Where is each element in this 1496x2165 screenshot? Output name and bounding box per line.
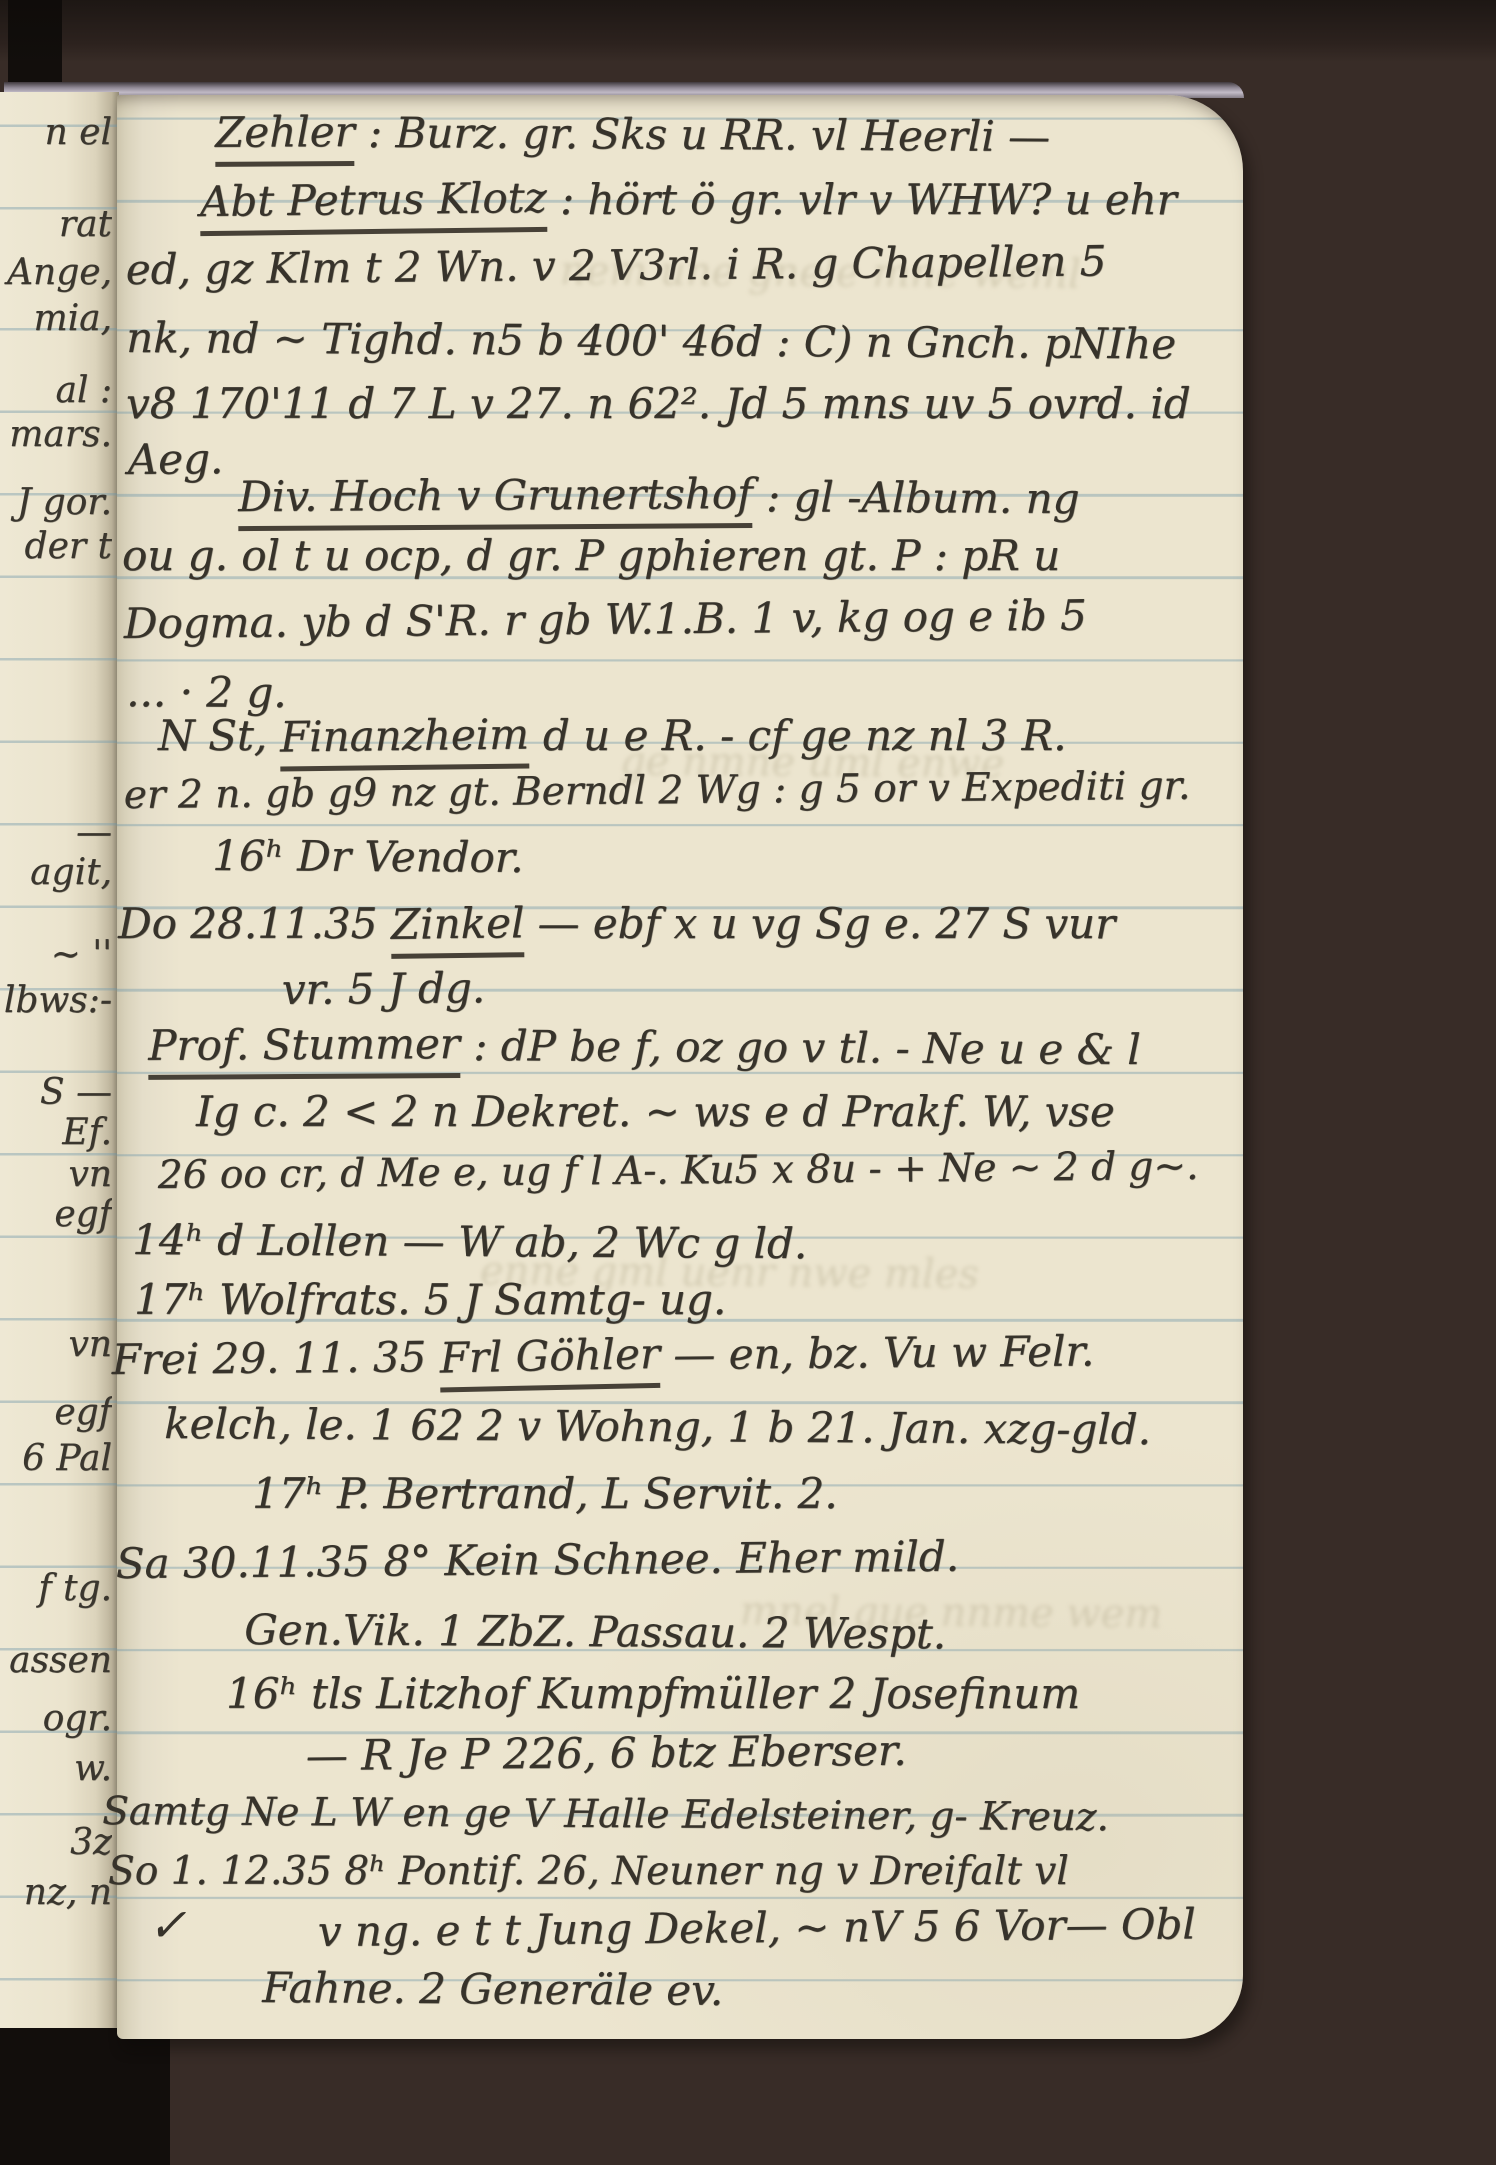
handwriting-line: nk, nd ~ Tighd. n5 b 400' 46d : C) n Gnc… bbox=[126, 314, 1176, 369]
strip-fragment: assen bbox=[0, 1640, 112, 1681]
handwriting-line: er 2 n. gb g9 nz gt. Berndl 2 Wg : g 5 o… bbox=[124, 765, 1191, 819]
underlined-name: Div. Hoch v Grunertshof bbox=[238, 470, 753, 531]
strip-fragment: egf bbox=[0, 1194, 112, 1235]
handwriting-line: ed, gz Klm t 2 Wn. v 2 V3rl. i R. g Chap… bbox=[126, 237, 1107, 294]
strip-fragment: w. bbox=[0, 1748, 112, 1789]
strip-fragment: rat bbox=[0, 204, 112, 245]
strip-fragment: vn bbox=[0, 1324, 112, 1365]
handwriting-line: Fahne. 2 Generäle ev. bbox=[262, 1964, 723, 2015]
line-text: ... · 2 g. bbox=[126, 667, 287, 717]
handwriting-line: Abt Petrus Klotz : hört ö gr. vlr v WHW?… bbox=[200, 176, 1177, 234]
strip-fragment: mia, bbox=[0, 298, 112, 339]
line-text: Samtg Ne L W en ge V Halle Edelsteiner, … bbox=[102, 1789, 1109, 1840]
handwriting-line: 26 oo cr, d Me e, ug f l A-. Ku5 x 8u - … bbox=[158, 1145, 1199, 1199]
handwriting-line: v ng. e t t Jung Dekel, ~ nV 5 6 Vor— Ob… bbox=[318, 1900, 1196, 1956]
line-text: — R Je P 226, 6 btz Eberser. bbox=[306, 1726, 907, 1780]
handwriting-line: ou g. ol t u ocp, d gr. P gphieren gt. P… bbox=[122, 532, 1060, 580]
handwriting-line: kelch, le. 1 62 2 v Wohng, 1 b 21. Jan. … bbox=[164, 1400, 1151, 1454]
line-text: d u e R. - cf ge nz nl 3 R. bbox=[529, 711, 1066, 760]
line-text: : gl -Album. ng bbox=[753, 472, 1080, 523]
handwriting-line: 17ʰ P. Bertrand, L Servit. 2. bbox=[252, 1470, 838, 1518]
checkmark: ✓ bbox=[148, 1898, 187, 1952]
line-text: Fahne. 2 Generäle ev. bbox=[262, 1963, 723, 2015]
line-text: er 2 n. gb g9 nz gt. Berndl 2 Wg : g 5 o… bbox=[124, 764, 1191, 818]
line-text: 17ʰ P. Bertrand, L Servit. 2. bbox=[252, 1469, 838, 1518]
line-text: nk, nd ~ Tighd. n5 b 400' 46d : C) n Gnc… bbox=[126, 313, 1176, 368]
strip-fragment: der t bbox=[0, 526, 112, 567]
underlined-name: Frl Göhler bbox=[439, 1330, 660, 1393]
line-text: 17ʰ Wolfrats. 5 J Samtg- ug. bbox=[134, 1275, 726, 1324]
strip-fragment: 6 Pal bbox=[0, 1438, 112, 1479]
strip-fragment: n el bbox=[0, 112, 112, 153]
line-text: — en, bz. Vu w Felr. bbox=[660, 1326, 1095, 1379]
underlined-name: Finanzheim bbox=[280, 710, 530, 771]
handwriting-line: Div. Hoch v Grunertshof : gl -Album. ng bbox=[238, 470, 1080, 533]
strip-fragment: agit, bbox=[0, 852, 112, 893]
underlined-name: Abt Petrus Klotz bbox=[200, 174, 547, 237]
line-text: v8 170'11 d 7 L v 27. n 62². Jd 5 mns uv… bbox=[126, 379, 1191, 428]
handwriting-line: So 1. 12.35 8ʰ Pontif. 26, Neuner ng v D… bbox=[108, 1850, 1069, 1895]
handwriting-line: Aeg. bbox=[128, 435, 224, 484]
handwriting-line: 16ʰ tls Litzhof Kumpfmüller 2 Josefinum bbox=[226, 1670, 1080, 1718]
handwriting-line: 14ʰ d Lollen — W ab, 2 Wc g ld. bbox=[132, 1216, 807, 1268]
line-text: Do 28.11.35 bbox=[118, 899, 391, 948]
strip-fragment: nz, n bbox=[0, 1872, 112, 1913]
line-text: : dP be f, oz go v tl. - Ne u e & l bbox=[460, 1021, 1141, 1074]
line-text: Frei 29. 11. 35 bbox=[111, 1332, 439, 1384]
handwriting-line: 17ʰ Wolfrats. 5 J Samtg- ug. bbox=[134, 1276, 726, 1324]
strip-fragment: S — bbox=[0, 1072, 112, 1113]
line-text: 16ʰ tls Litzhof Kumpfmüller 2 Josefinum bbox=[226, 1669, 1080, 1718]
strip-fragment: Ef. bbox=[0, 1112, 112, 1153]
handwriting-line: ... · 2 g. bbox=[126, 668, 287, 717]
line-text: 26 oo cr, d Me e, ug f l A-. Ku5 x 8u - … bbox=[158, 1144, 1199, 1198]
handwriting-line: Gen.Vik. 1 ZbZ. Passau. 2 Wespt. bbox=[244, 1606, 946, 1659]
strip-fragment: J gor. bbox=[0, 482, 112, 523]
handwriting-line: — R Je P 226, 6 btz Eberser. bbox=[306, 1727, 907, 1781]
strip-fragment: ~ '' bbox=[0, 934, 112, 975]
line-text: Aeg. bbox=[128, 434, 224, 484]
strip-fragment: mars. bbox=[0, 414, 112, 455]
handwriting-line: Sa 30.11.35 8° Kein Schnee. Eher mild. bbox=[116, 1533, 960, 1589]
handwriting-line: Prof. Stummer : dP be f, oz go v tl. - N… bbox=[148, 1020, 1141, 1084]
line-text: Ig c. 2 < 2 n Dekret. ~ ws e d Prakf. W,… bbox=[196, 1087, 1115, 1136]
strip-fragment: ogr. bbox=[0, 1698, 112, 1739]
line-text: vr. 5 J dg. bbox=[282, 963, 486, 1014]
handwriting-line: N St, Finanzheim d u e R. - cf ge nz nl … bbox=[158, 712, 1066, 770]
strip-fragment: egf bbox=[0, 1392, 112, 1433]
handwriting-line: Do 28.11.35 Zinkel — ebf x u vg Sg e. 27… bbox=[118, 900, 1115, 958]
handwriting-line: 16ʰ Dr Vendor. bbox=[212, 832, 524, 882]
line-text: Gen.Vik. 1 ZbZ. Passau. 2 Wespt. bbox=[244, 1605, 946, 1658]
strip-fragment: f tg. bbox=[0, 1568, 112, 1609]
line-text: ed, gz Klm t 2 Wn. v 2 V3rl. i R. g Chap… bbox=[126, 236, 1107, 294]
underlined-name: Zinkel bbox=[390, 899, 524, 959]
handwriting-line: v8 170'11 d 7 L v 27. n 62². Jd 5 mns uv… bbox=[126, 380, 1191, 428]
handwriting-line: Frei 29. 11. 35 Frl Göhler — en, bz. Vu … bbox=[111, 1327, 1094, 1394]
line-text: v ng. e t t Jung Dekel, ~ nV 5 6 Vor— Ob… bbox=[318, 1899, 1196, 1956]
line-text: — ebf x u vg Sg e. 27 S vur bbox=[524, 899, 1115, 948]
handwriting-line: Dogma. yb d S'R. r gb W.1.B. 1 v, kg og … bbox=[124, 592, 1087, 649]
handwriting-line: Zehler : Burz. gr. Sks u RR. vl Heerli — bbox=[215, 108, 1050, 171]
line-text: kelch, le. 1 62 2 v Wohng, 1 b 21. Jan. … bbox=[164, 1399, 1151, 1454]
line-text: : hört ö gr. vlr v WHW? u ehr bbox=[547, 175, 1177, 224]
handwriting-line: vr. 5 J dg. bbox=[282, 964, 486, 1014]
photo-dark-top-band bbox=[0, 0, 1496, 62]
line-text: 14ʰ d Lollen — W ab, 2 Wc g ld. bbox=[132, 1215, 807, 1268]
strip-fragment: al : bbox=[0, 370, 112, 411]
line-text: : Burz. gr. Sks u RR. vl Heerli — bbox=[355, 108, 1051, 161]
line-text: Dogma. yb d S'R. r gb W.1.B. 1 v, kg og … bbox=[124, 591, 1087, 648]
line-text: So 1. 12.35 8ʰ Pontif. 26, Neuner ng v D… bbox=[108, 1849, 1069, 1894]
underlined-name: Zehler bbox=[215, 108, 355, 167]
strip-fragment: vn bbox=[0, 1154, 112, 1195]
strip-fragment: 3z bbox=[0, 1822, 112, 1863]
line-text: ou g. ol t u ocp, d gr. P gphieren gt. P… bbox=[122, 531, 1060, 580]
strip-fragment: lbws:- bbox=[0, 980, 112, 1021]
handwriting-line: Ig c. 2 < 2 n Dekret. ~ ws e d Prakf. W,… bbox=[196, 1088, 1115, 1136]
line-text: N St, bbox=[158, 711, 280, 760]
line-text: 16ʰ Dr Vendor. bbox=[212, 831, 524, 882]
strip-fragment: Ange, bbox=[0, 252, 112, 293]
underlined-name: Prof. Stummer bbox=[148, 1020, 460, 1080]
line-text: Sa 30.11.35 8° Kein Schnee. Eher mild. bbox=[116, 1532, 960, 1588]
strip-fragment: — bbox=[0, 812, 112, 853]
handwriting-line: Samtg Ne L W en ge V Halle Edelsteiner, … bbox=[102, 1790, 1109, 1841]
